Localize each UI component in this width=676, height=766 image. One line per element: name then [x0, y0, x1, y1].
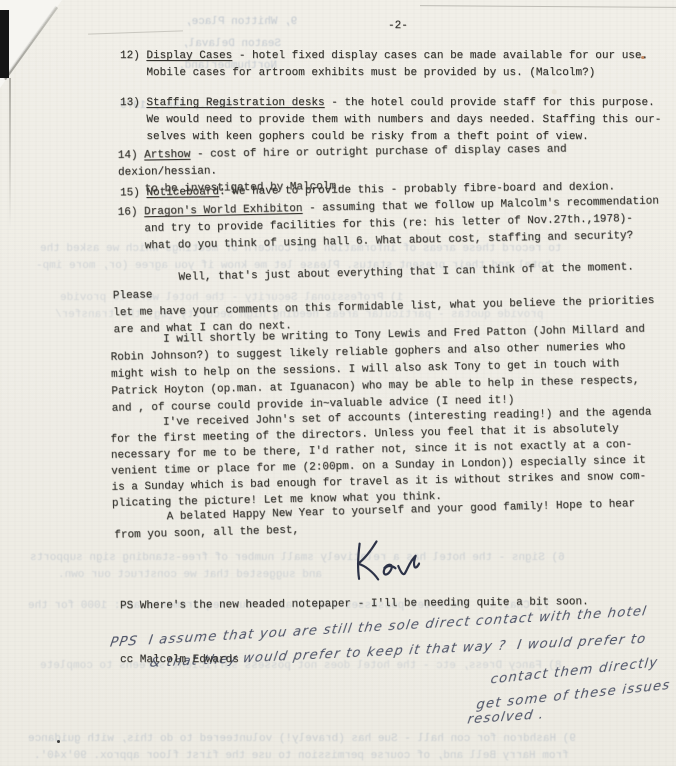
item-term: Dragon's World Exhibiton: [144, 203, 303, 218]
cc-line: cc Malcolm Edwards: [120, 652, 420, 669]
item-text: - assuming that we follow up Malcolm's r…: [118, 195, 659, 252]
crease-shadow-line: [88, 30, 183, 34]
signature-scrawl: [346, 534, 421, 587]
item-number: 14): [118, 149, 145, 161]
item-term: Artshow: [144, 149, 190, 162]
item-term: Noticeboard: [146, 186, 219, 199]
bleedthrough-line: 9, Whitton Place,: [185, 16, 297, 28]
list-item-12: 12) Display Cases - hotel fixed display …: [120, 48, 665, 82]
item-term: Display Cases: [146, 50, 232, 62]
list-item-16: 16) Dragon's World Exhibiton - assuming …: [118, 193, 671, 256]
bleedthrough-line: 6) Signs - the hotel has a relatively sm…: [30, 552, 565, 564]
item-number: 15): [120, 187, 147, 199]
page-edge-shadow: [9, 78, 11, 228]
paper-top-edge-line: [420, 5, 676, 8]
scanner-edge-shadow: [0, 10, 9, 78]
paragraph-gophers: I will shortly be writing to Tony Lewis …: [110, 321, 667, 418]
paragraph-directors-meeting: I've received John's set of accounts (in…: [110, 404, 668, 512]
signature: [346, 534, 422, 592]
list-item-13: 13) Staffing Registration desks - the ho…: [120, 95, 668, 146]
item-term: Staffing Registration desks: [146, 97, 324, 109]
item-number: 16): [118, 206, 145, 219]
scanned-letter-page: 9, Whitton Place, Seaton Delaval, Northu…: [0, 0, 676, 766]
item-number: 12): [120, 50, 146, 62]
page-number: -2-: [388, 18, 408, 35]
bleedthrough-line: 9) Hashdron for con hall - Sue has (brav…: [28, 733, 576, 745]
item-number: 13): [120, 97, 146, 109]
bleedthrough-line: from Harry Bell and, of course permissio…: [34, 750, 569, 762]
bleedthrough-line: and suggested that we construct our own.: [58, 569, 322, 581]
